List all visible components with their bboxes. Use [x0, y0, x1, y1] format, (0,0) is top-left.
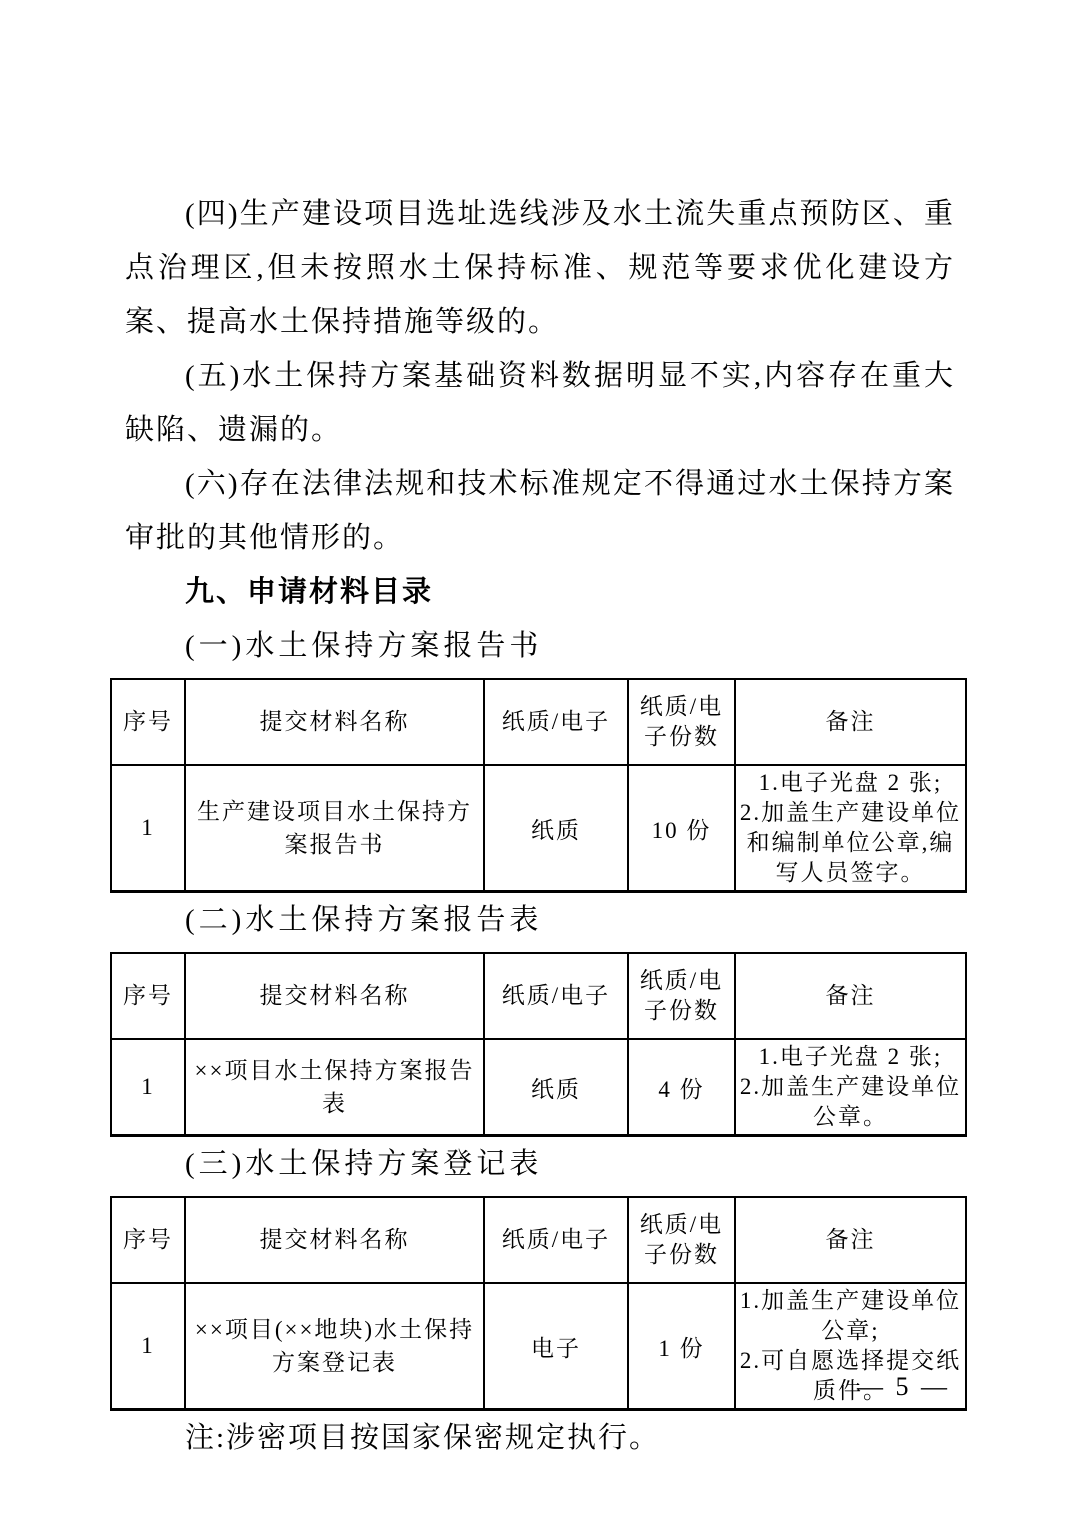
- cell-medium: 电子: [484, 1283, 628, 1410]
- cell-remark: 1.电子光盘 2 张; 2.加盖生产建设单位和编制单位公章,编写人员签字。: [735, 765, 966, 892]
- cell-medium: 纸质: [484, 1039, 628, 1136]
- paragraph-item-4: (四)生产建设项目选址选线涉及水土流失重点预防区、重点治理区,但未按照水土保持标…: [110, 187, 965, 349]
- remark-line-2: 2.加盖生产建设单位公章。: [738, 1072, 963, 1132]
- cell-remark: 1.电子光盘 2 张; 2.加盖生产建设单位公章。: [735, 1039, 966, 1136]
- table-1-title: (一)水土保持方案报告书: [110, 619, 965, 673]
- table-header-row: 序号 提交材料名称 纸质/电子 纸质/电子份数 备注: [111, 953, 966, 1039]
- remark-line-1: 1.电子光盘 2 张;: [738, 1042, 963, 1072]
- table-row: 1 ××项目(××地块)水土保持方案登记表 电子 1 份 1.加盖生产建设单位公…: [111, 1283, 966, 1410]
- section-heading: 九、申请材料目录: [110, 565, 965, 619]
- cell-seq: 1: [111, 1283, 185, 1410]
- col-header-seq: 序号: [111, 953, 185, 1039]
- cell-material-name: ××项目(××地块)水土保持方案登记表: [185, 1283, 484, 1410]
- col-header-material-name: 提交材料名称: [185, 679, 484, 765]
- page-number: — 5 —: [857, 1372, 950, 1402]
- cell-material-name: ××项目水土保持方案报告表: [185, 1039, 484, 1136]
- col-header-copies: 纸质/电子份数: [628, 1197, 735, 1283]
- footnote: 注:涉密项目按国家保密规定执行。: [110, 1411, 965, 1465]
- col-header-seq: 序号: [111, 679, 185, 765]
- remark-line-2: 2.加盖生产建设单位和编制单位公章,编写人员签字。: [738, 798, 963, 888]
- col-header-copies: 纸质/电子份数: [628, 953, 735, 1039]
- table-registration-form: 序号 提交材料名称 纸质/电子 纸质/电子份数 备注 1 ××项目(××地块)水…: [110, 1196, 967, 1411]
- col-header-medium: 纸质/电子: [484, 1197, 628, 1283]
- paragraph-item-6: (六)存在法律法规和技术标准规定不得通过水土保持方案审批的其他情形的。: [110, 457, 965, 565]
- col-header-material-name: 提交材料名称: [185, 953, 484, 1039]
- remark-line-1: 1.加盖生产建设单位公章;: [738, 1286, 963, 1346]
- cell-copies: 10 份: [628, 765, 735, 892]
- col-header-remark: 备注: [735, 679, 966, 765]
- cell-seq: 1: [111, 765, 185, 892]
- table-report-book: 序号 提交材料名称 纸质/电子 纸质/电子份数 备注 1 生产建设项目水土保持方…: [110, 678, 967, 893]
- cell-copies: 4 份: [628, 1039, 735, 1136]
- cell-medium: 纸质: [484, 765, 628, 892]
- table-report-form: 序号 提交材料名称 纸质/电子 纸质/电子份数 备注 1 ××项目水土保持方案报…: [110, 952, 967, 1137]
- col-header-medium: 纸质/电子: [484, 679, 628, 765]
- document-page: (四)生产建设项目选址选线涉及水土流失重点预防区、重点治理区,但未按照水土保持标…: [0, 0, 1075, 1519]
- paragraph-item-5: (五)水土保持方案基础资料数据明显不实,内容存在重大缺陷、遗漏的。: [110, 349, 965, 457]
- remark-line-1: 1.电子光盘 2 张;: [738, 768, 963, 798]
- cell-material-name: 生产建设项目水土保持方案报告书: [185, 765, 484, 892]
- table-header-row: 序号 提交材料名称 纸质/电子 纸质/电子份数 备注: [111, 1197, 966, 1283]
- col-header-remark: 备注: [735, 1197, 966, 1283]
- table-3-title: (三)水土保持方案登记表: [110, 1137, 965, 1191]
- table-row: 1 生产建设项目水土保持方案报告书 纸质 10 份 1.电子光盘 2 张; 2.…: [111, 765, 966, 892]
- table-header-row: 序号 提交材料名称 纸质/电子 纸质/电子份数 备注: [111, 679, 966, 765]
- cell-copies: 1 份: [628, 1283, 735, 1410]
- col-header-medium: 纸质/电子: [484, 953, 628, 1039]
- col-header-seq: 序号: [111, 1197, 185, 1283]
- table-row: 1 ××项目水土保持方案报告表 纸质 4 份 1.电子光盘 2 张; 2.加盖生…: [111, 1039, 966, 1136]
- table-2-title: (二)水土保持方案报告表: [110, 893, 965, 947]
- col-header-copies: 纸质/电子份数: [628, 679, 735, 765]
- page-content: (四)生产建设项目选址选线涉及水土流失重点预防区、重点治理区,但未按照水土保持标…: [110, 187, 965, 1465]
- col-header-remark: 备注: [735, 953, 966, 1039]
- col-header-material-name: 提交材料名称: [185, 1197, 484, 1283]
- cell-seq: 1: [111, 1039, 185, 1136]
